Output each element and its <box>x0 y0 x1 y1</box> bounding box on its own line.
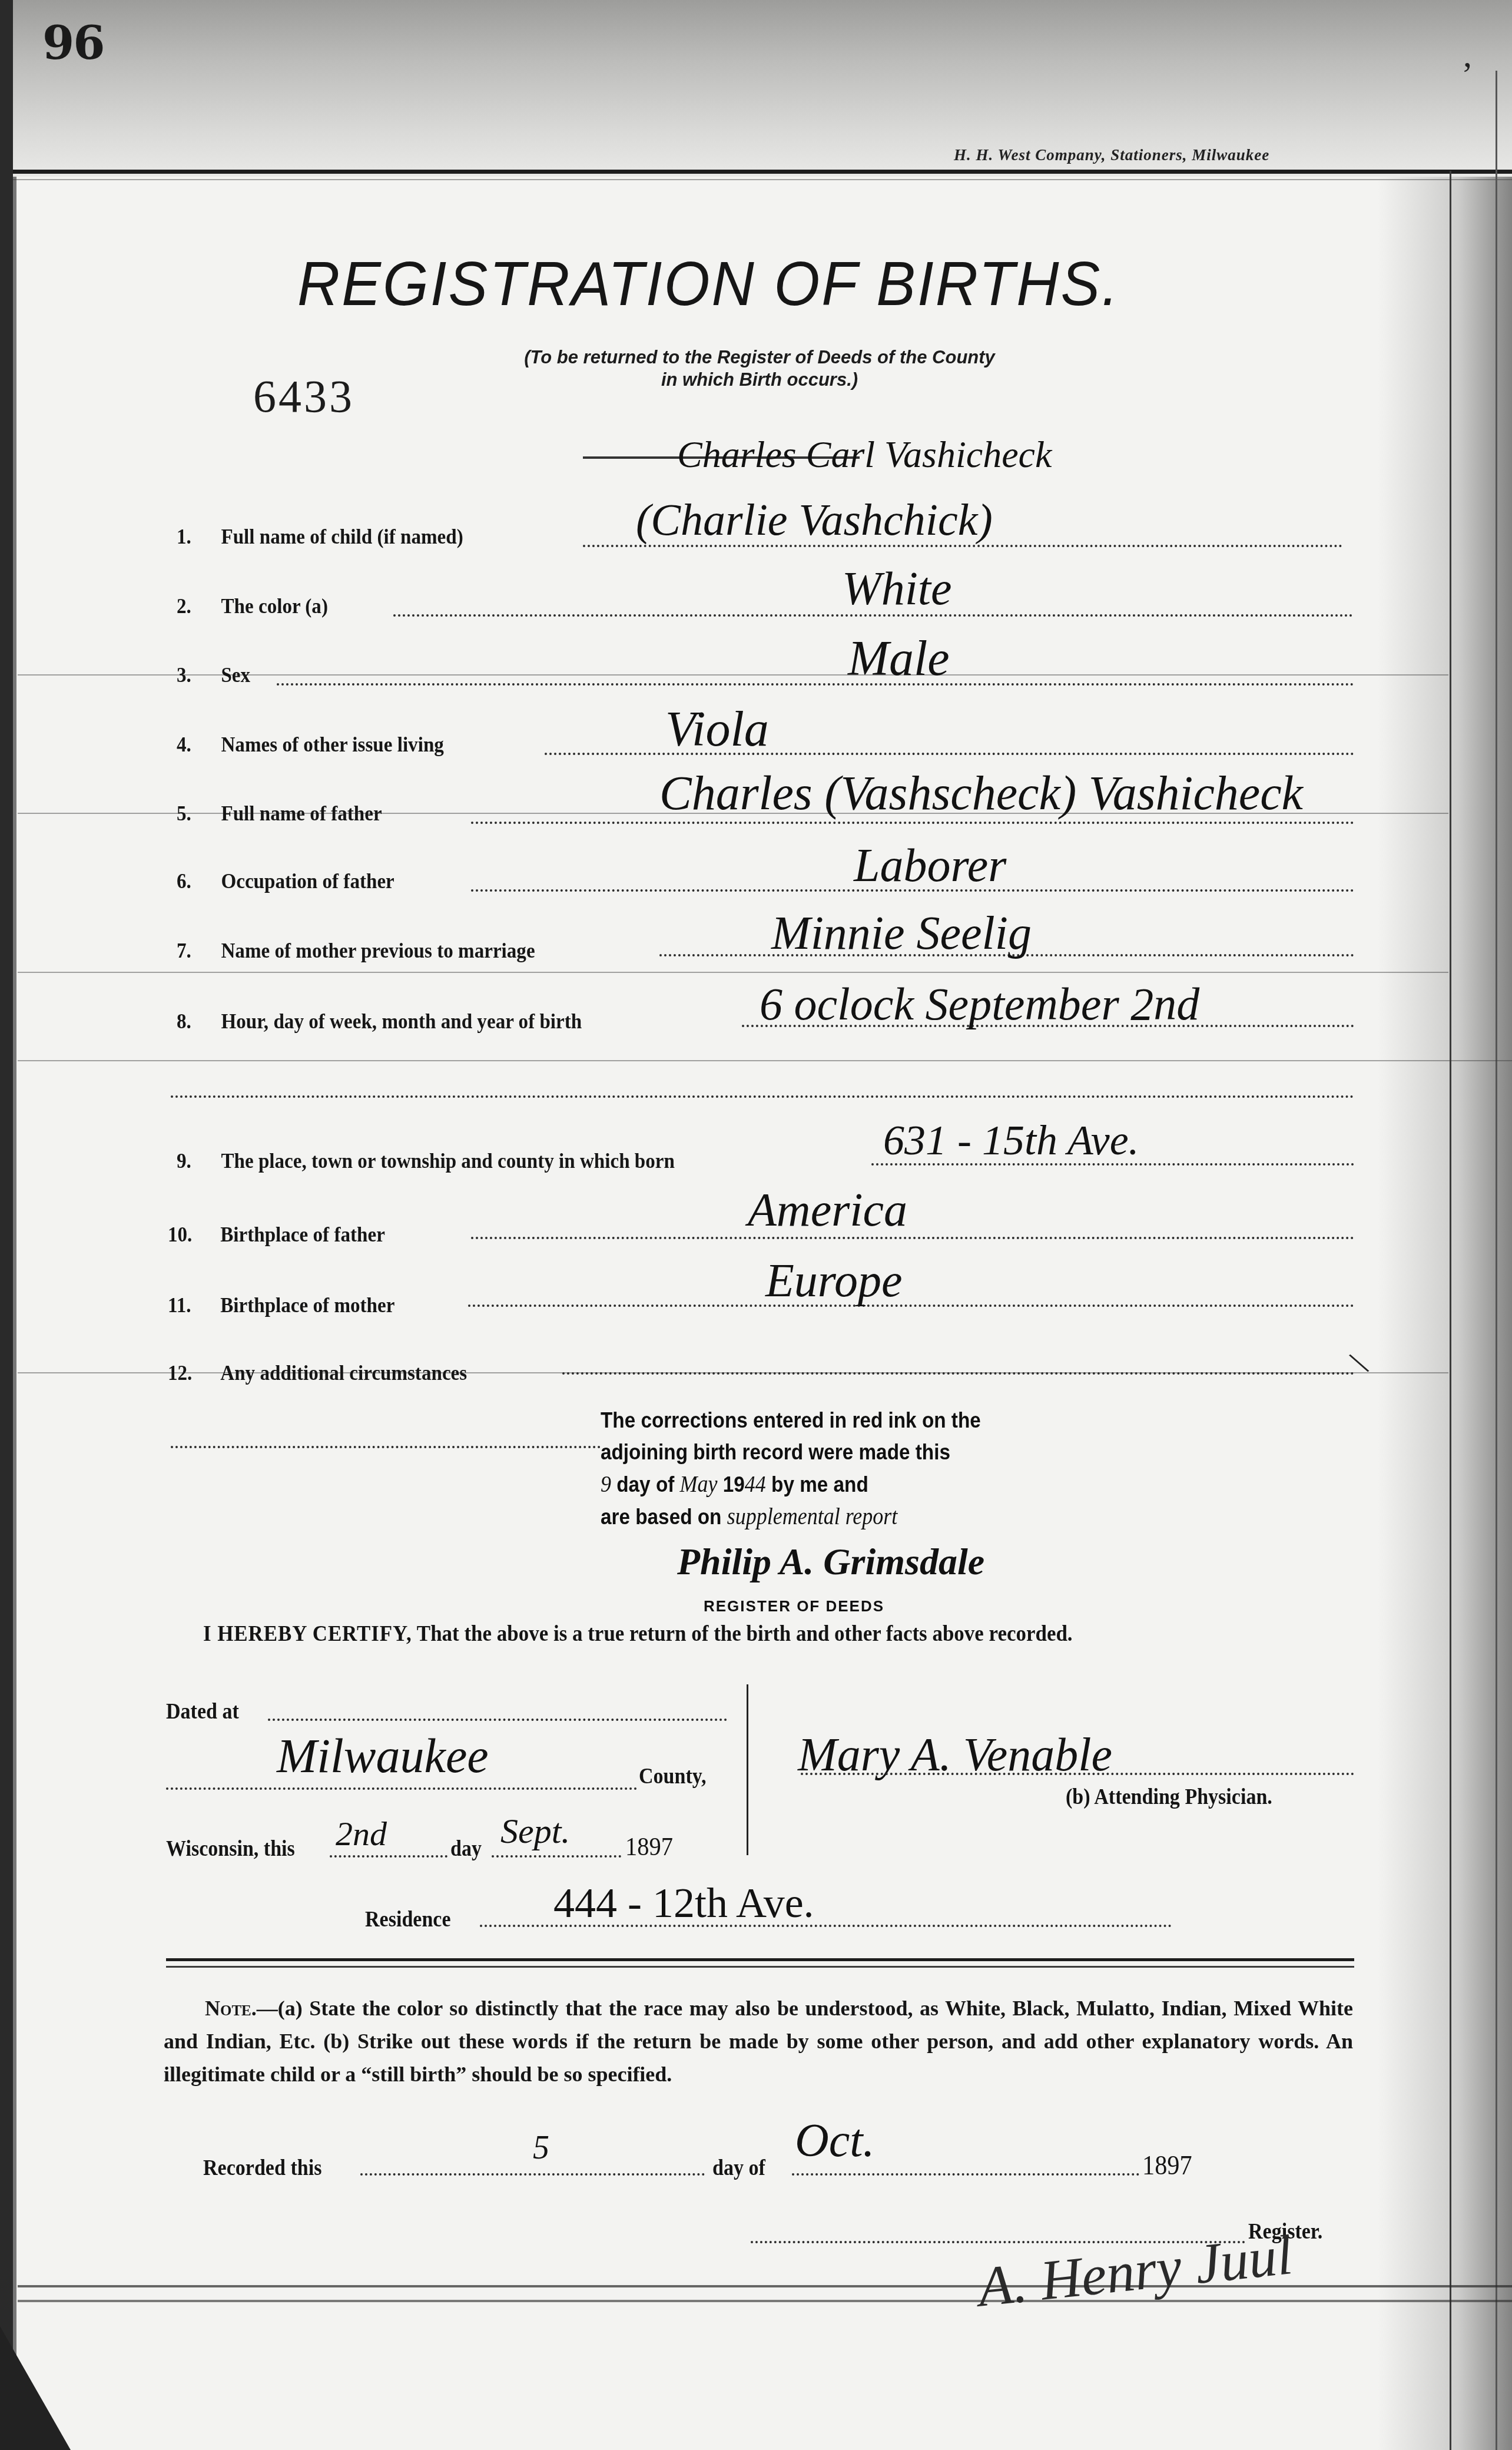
certify-day-value: 2nd <box>336 1814 387 1853</box>
section-rule-top <box>166 1958 1354 1961</box>
section-rule-bottom <box>166 1966 1354 1968</box>
physician-label: (b) Attending Physician. <box>1066 1784 1272 1810</box>
certification-divider <box>747 1684 748 1855</box>
header-rule <box>13 170 1512 174</box>
field-10-value: America <box>748 1184 907 1237</box>
residence-value: 444 - 12th Ave. <box>553 1879 814 1928</box>
field-7-value: Minnie Seelig <box>771 907 1032 961</box>
ruling-line <box>18 1060 1512 1061</box>
recorded-day-line <box>360 2173 705 2176</box>
stamp-day: 9 <box>601 1471 611 1497</box>
certify-day-line <box>330 1855 447 1858</box>
bottom-ruling-line <box>18 2285 1512 2287</box>
certify-month-line <box>492 1855 621 1858</box>
field-5-value: Charles (Vashscheck) Vashicheck <box>659 766 1303 821</box>
note-text: —(a) State the color so distinctly that … <box>164 1997 1353 2086</box>
stamp-line-3: 9 day of May 1944 by me and <box>601 1468 1003 1501</box>
stamp-basis: supplemental report <box>727 1503 898 1529</box>
header-rule-thin <box>13 179 1512 180</box>
stamp-line-4: are based on supplemental report <box>601 1501 1003 1533</box>
recorded-month-value: Oct. <box>795 2114 875 2168</box>
field-9-value: 631 - 15th Ave. <box>883 1116 1139 1165</box>
field-10-line <box>471 1237 1354 1239</box>
stamp-line-1: The corrections entered in red ink on th… <box>601 1405 1003 1436</box>
county-line <box>166 1787 637 1790</box>
field-12-label: 12.Any additional circumstances <box>168 1360 467 1385</box>
page-left-edge-inner <box>13 177 16 2450</box>
dated-at-label: Dated at <box>166 1699 239 1724</box>
field-11-line <box>468 1305 1354 1307</box>
field-11-label: 11.Birthplace of mother <box>168 1293 394 1317</box>
correction-stamp: The corrections entered in red ink on th… <box>601 1405 1003 1533</box>
footnote: Note.—(a) State the color so distinctly … <box>164 1992 1353 2091</box>
register-signature-stamp: Philip A. Grimsdale <box>677 1540 984 1584</box>
field-1-label: 1.Full name of child (if named) <box>177 524 463 549</box>
field-2-value: White <box>842 562 952 616</box>
field-9-label: 9.The place, town or township and county… <box>177 1148 675 1173</box>
field-3-value: Male <box>848 630 950 687</box>
physician-signature-line <box>801 1773 1354 1775</box>
page-number: 96 <box>42 16 104 70</box>
field-3-line <box>277 683 1354 686</box>
bottom-ruling-line <box>18 2300 1512 2302</box>
child-name-correction: Charles Carl Vashicheck <box>677 433 1052 476</box>
field-6-value: Laborer <box>854 839 1006 893</box>
right-outer-border-line <box>1496 71 1497 2450</box>
recorded-day-value: 5 <box>533 2129 549 2167</box>
residence-label: Residence <box>365 1907 451 1932</box>
field-5-label: 5.Full name of father <box>177 801 382 826</box>
recorded-month-line <box>792 2173 1139 2176</box>
page-corner-fold <box>0 2326 71 2450</box>
wisconsin-this-label: Wisconsin, this <box>166 1836 295 1862</box>
recorded-year: 1897 <box>1142 2150 1192 2181</box>
paper-top-shading <box>0 0 1512 177</box>
record-number: 6433 <box>253 370 354 423</box>
field-11-value: Europe <box>765 1254 903 1308</box>
recorded-day-of-label: day of <box>712 2156 765 2181</box>
recorded-this-label: Recorded this <box>203 2156 321 2181</box>
printer-imprint: H. H. West Company, Stationers, Milwauke… <box>954 146 1269 164</box>
field-6-label: 6.Occupation of father <box>177 869 394 893</box>
margin-tick-mark: ’ <box>1461 54 1473 95</box>
field-8-continuation-line <box>171 1095 1354 1098</box>
stamp-year: 44 <box>745 1471 766 1497</box>
dated-at-line <box>268 1719 727 1721</box>
field-12-continuation-line <box>171 1446 601 1448</box>
field-2-label: 2.The color (a) <box>177 594 328 618</box>
register-signature: A. Henry Juul <box>975 2221 1295 2319</box>
subtitle-line-1: (To be returned to the Register of Deeds… <box>447 346 1072 369</box>
page-left-edge <box>0 0 13 2450</box>
stamp-line-2: adjoining birth record were made this <box>601 1436 1003 1468</box>
field-8-value: 6 oclock September 2nd <box>760 978 1199 1031</box>
field-1-value: (Charlie Vashchick) <box>636 495 993 546</box>
field-10-label: 10.Birthplace of father <box>168 1222 385 1247</box>
note-lead: Note. <box>205 1997 257 2020</box>
paper-right-shading <box>1378 177 1512 2450</box>
certify-year: 1897 <box>625 1832 673 1862</box>
field-12-line <box>562 1372 1354 1375</box>
margin-slash-mark: \ <box>1345 1343 1374 1383</box>
certify-month-value: Sept. <box>500 1811 570 1852</box>
field-5-line <box>471 822 1354 824</box>
right-border-line <box>1450 171 1451 2450</box>
field-4-label: 4.Names of other issue living <box>177 732 444 757</box>
day-label: day <box>450 1836 482 1862</box>
subtitle-line-2: in which Birth occurs.) <box>447 369 1072 391</box>
field-3-label: 3.Sex <box>177 663 250 687</box>
field-4-value: Viola <box>665 701 769 758</box>
register-of-deeds-title: REGISTER OF DEEDS <box>704 1597 884 1615</box>
form-subtitle: (To be returned to the Register of Deeds… <box>447 346 1072 391</box>
certification-statement: I HEREBY CERTIFY, That the above is a tr… <box>203 1621 1073 1647</box>
county-value: Milwaukee <box>277 1729 489 1784</box>
ruling-line <box>18 972 1448 973</box>
field-7-label: 7.Name of mother previous to marriage <box>177 938 535 963</box>
field-8-label: 8.Hour, day of week, month and year of b… <box>177 1009 582 1034</box>
county-label: County, <box>639 1764 706 1789</box>
stamp-month: May <box>680 1471 718 1497</box>
form-title: REGISTRATION OF BIRTHS. <box>297 249 1120 320</box>
